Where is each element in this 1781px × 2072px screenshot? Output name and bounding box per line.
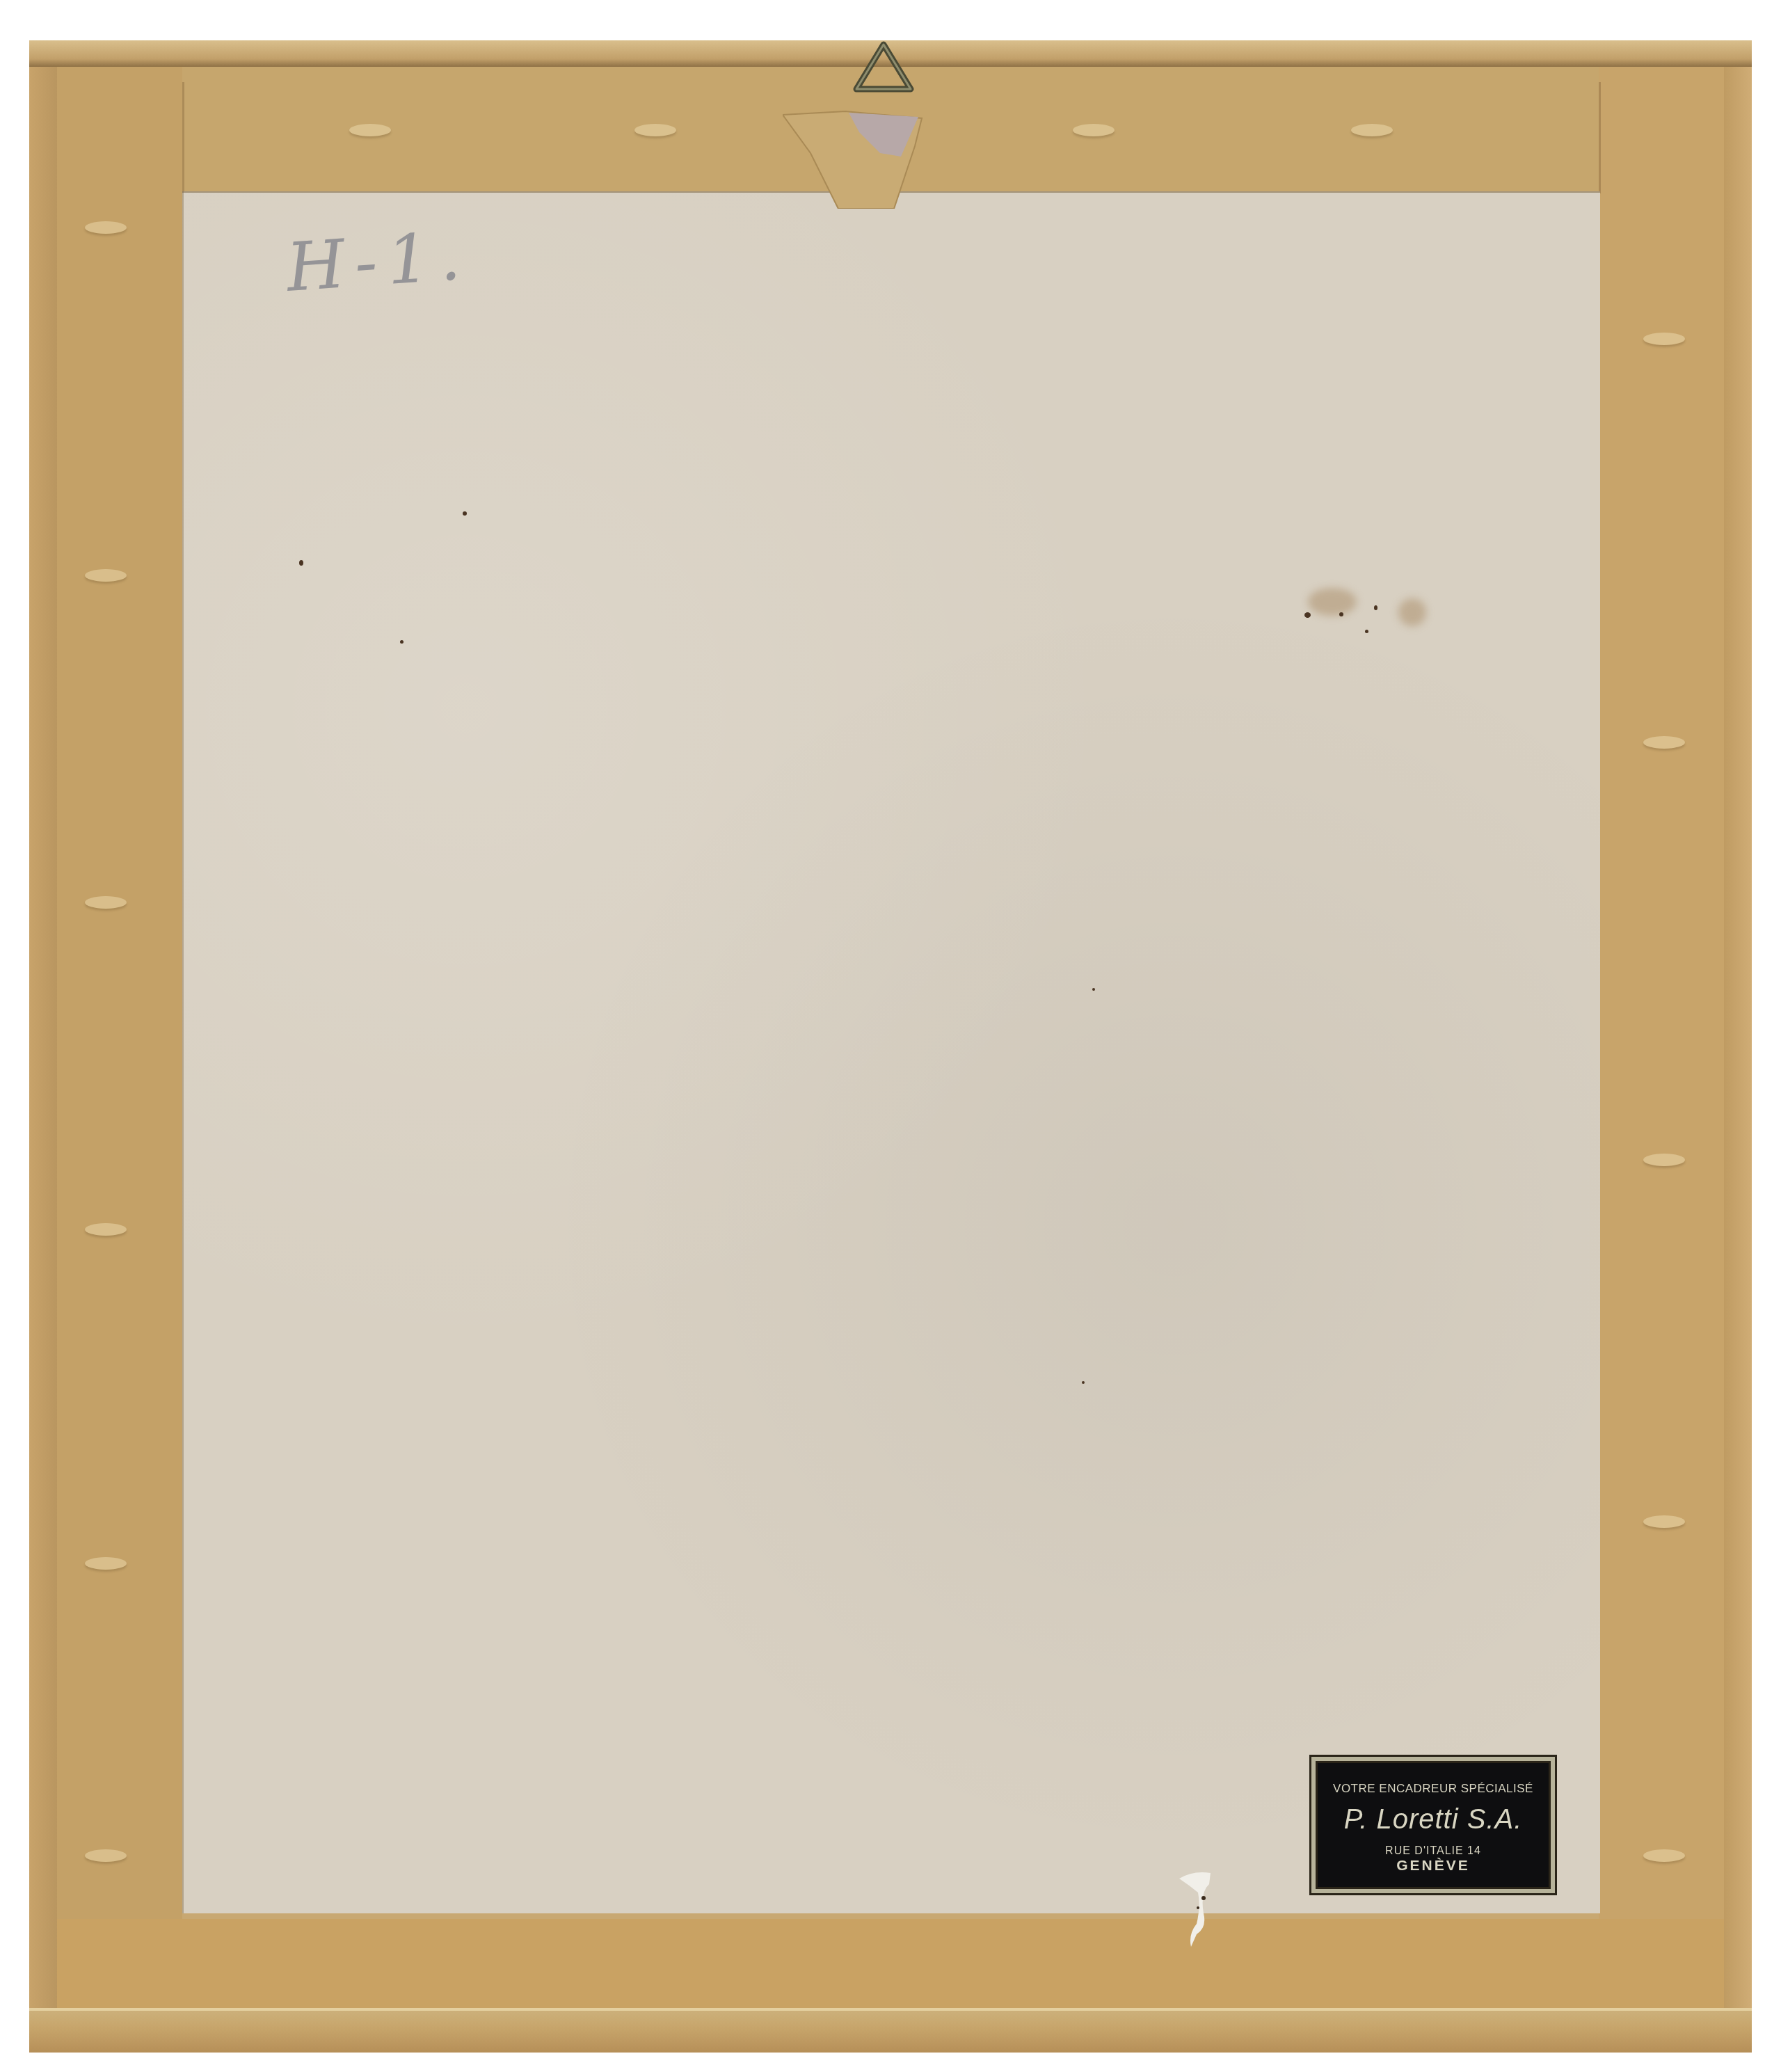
pencil-inscription: H-1. [284,216,472,307]
foxing-spot [1304,612,1311,618]
framer-label: VOTRE ENCADREUR SPÉCIALISÉ P. Loretti S.… [1311,1757,1555,1893]
stain [1398,598,1426,626]
tape-seam [1599,82,1601,193]
framer-label-street: RUE D'ITALIE 14 [1316,1845,1551,1858]
backing-board [182,191,1600,1913]
nail-bump [349,124,391,136]
foxing-spot [1374,605,1377,610]
triangle-hanger-icon [852,40,915,96]
foxing-spot [463,511,467,516]
torn-paper-patch [783,104,932,209]
nail-bump [1643,1154,1685,1166]
kraft-tape-left [57,67,182,2011]
foxing-spot [299,560,303,566]
nail-bump [85,1849,127,1862]
tape-seam [182,82,184,193]
nail-bump [85,569,127,582]
nail-bump [85,221,127,234]
frame-edge-right [1723,67,1752,2011]
nail-bump [1073,124,1115,136]
foxing-spot [400,640,404,644]
framer-label-tagline: VOTRE ENCADREUR SPÉCIALISÉ [1316,1782,1551,1796]
foxing-spot [1365,630,1368,633]
nail-bump [1643,1849,1685,1862]
kraft-tape-right [1599,67,1724,2011]
foxing-spot [1339,612,1343,616]
nail-bump [1351,124,1393,136]
nail-bump [1643,736,1685,749]
nail-bump [85,1557,127,1570]
nail-bump [1643,1515,1685,1528]
tape-seam [57,2008,1724,2010]
nail-bump [85,896,127,909]
stain [1308,588,1357,616]
frame-edge-left [29,67,58,2011]
nail-bump [1643,333,1685,345]
framer-label-city: GENÈVE [1316,1858,1551,1874]
framer-label-company: P. Loretti S.A. [1316,1804,1551,1835]
nail-bump [634,124,676,136]
foxing-spot [1092,988,1095,991]
kraft-tape-bottom [57,1919,1724,2011]
tape-residue [1176,1858,1214,1948]
nail-bump [85,1223,127,1236]
foxing-spot [1082,1381,1085,1384]
